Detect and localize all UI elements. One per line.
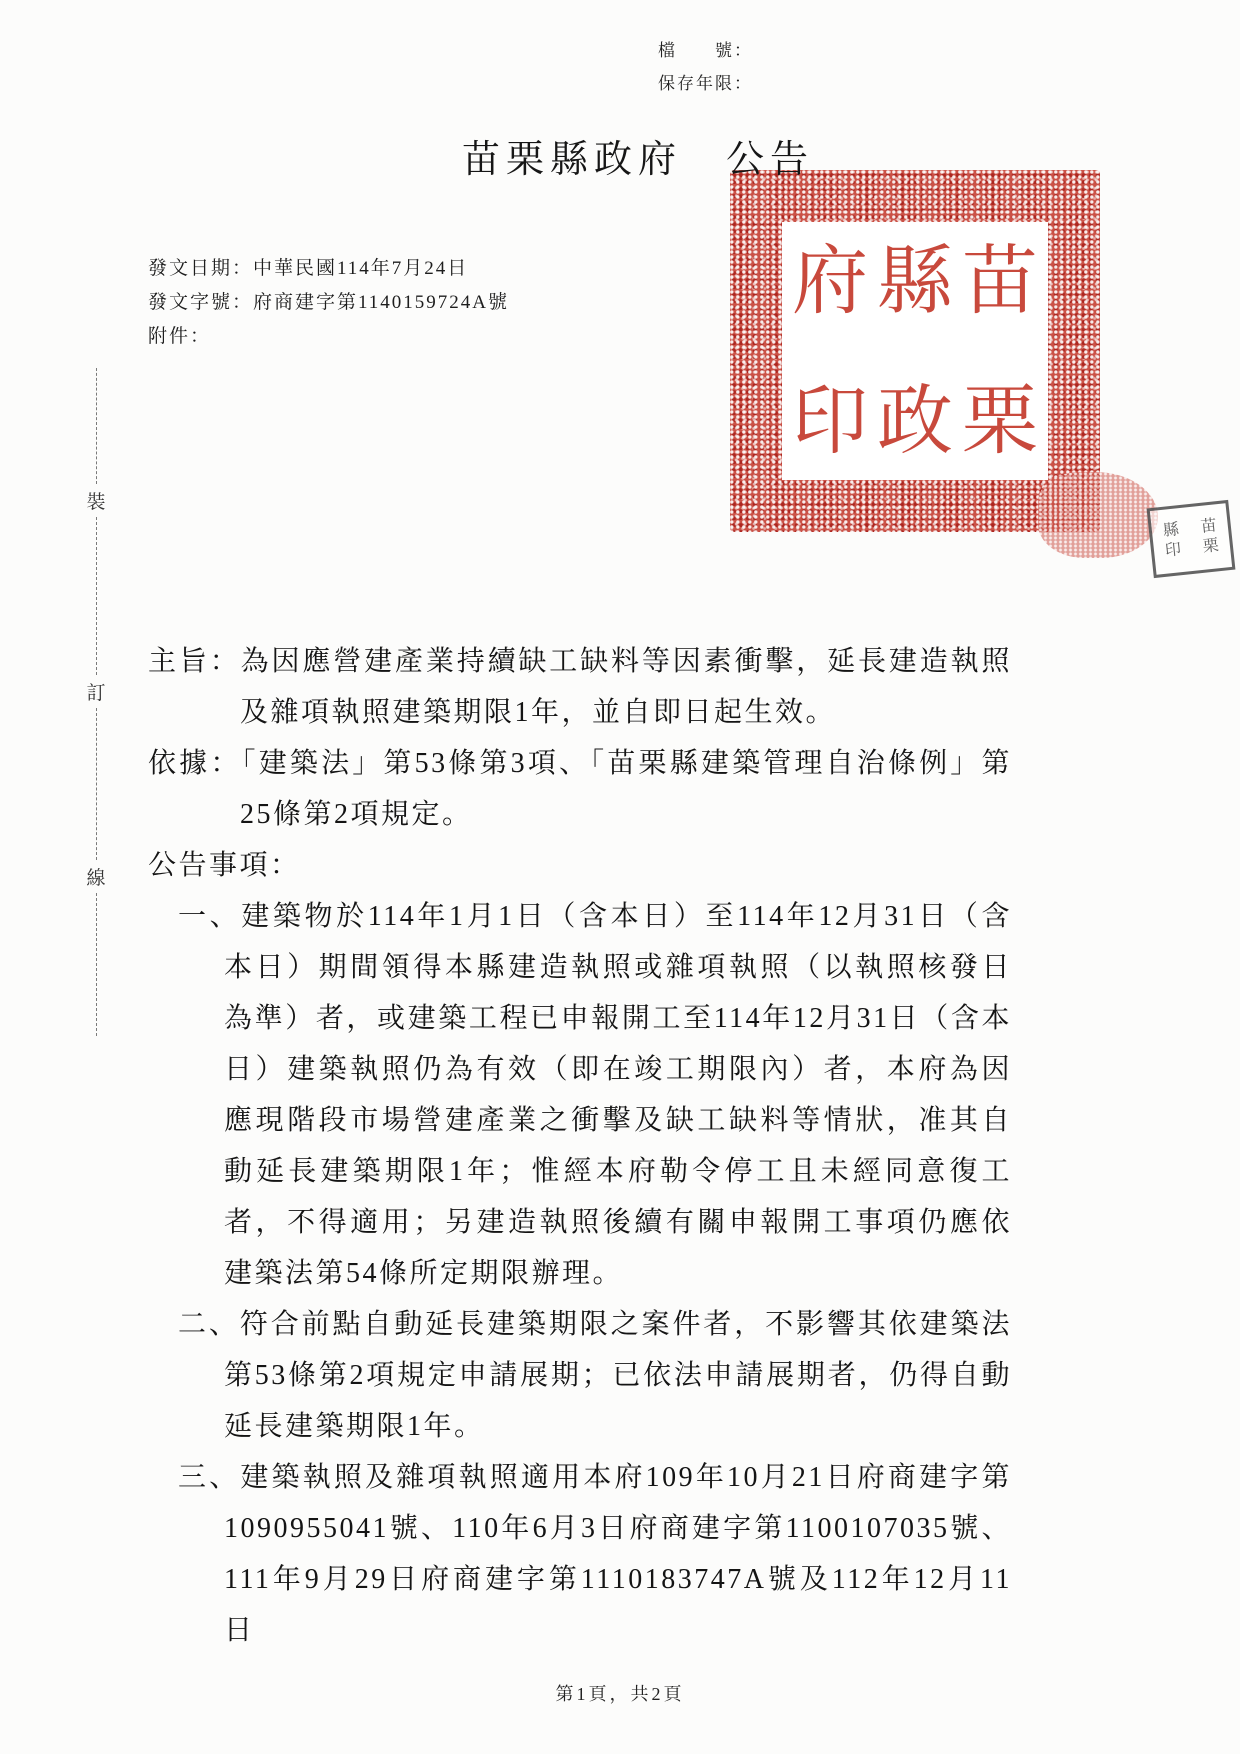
seal-char: 政 — [877, 368, 953, 474]
stamp-char: 縣 — [1162, 520, 1180, 542]
binding-mark-xian: 線 — [86, 860, 105, 893]
seal-column-left: 府 印 — [792, 228, 868, 474]
announcement-item-1: 一、建築物於114年1月1日（含本日）至114年12月31日（含本日）期間領得本… — [178, 891, 1012, 1299]
item-number: 一、 — [178, 901, 241, 932]
announcement-body: 主旨：為因應營建產業持續缺工缺料等因素衝擊，延長建造執照及雜項執照建築期限1年，… — [148, 636, 1012, 1656]
basis-text: 「建築法」第53條第3項、「苗栗縣建築管理自治條例」第25條第2項規定。 — [240, 748, 1012, 830]
small-verification-stamp: 苗 栗 縣 印 — [1147, 500, 1236, 578]
item-text: 建築執照及雜項執照適用本府109年10月21日府商建字第1090955041號、… — [224, 1462, 1012, 1646]
binding-line-segment — [96, 893, 97, 1036]
page-number-footer: 第1頁，共2頁 — [0, 1680, 1240, 1706]
stamp-column-right: 苗 栗 — [1200, 516, 1220, 557]
corner-labels: 檔 號： 保存年限： — [658, 34, 753, 100]
seal-char: 印 — [792, 368, 868, 474]
official-seal-face: 府 印 縣 政 苗 栗 — [782, 222, 1048, 480]
seal-char: 栗 — [962, 368, 1038, 474]
item-text: 符合前點自動延長建築期限之案件者，不影響其依建築法第53條第2項規定申請展期；已… — [224, 1309, 1012, 1442]
binding-mark-ding: 訂 — [86, 675, 105, 708]
item-text: 建築物於114年1月1日（含本日）至114年12月31日（含本日）期間領得本縣建… — [224, 901, 1012, 1289]
seal-column-right: 苗 栗 — [962, 228, 1038, 474]
stamp-char: 印 — [1164, 540, 1182, 562]
seal-char: 苗 — [962, 228, 1038, 334]
stamp-char: 栗 — [1202, 536, 1220, 558]
binding-mark-zhuang: 裝 — [86, 484, 105, 517]
issue-date: 發文日期：中華民國114年7月24日 — [148, 252, 509, 286]
basis-label: 依據： — [148, 748, 242, 779]
attachment-label: 附件： — [148, 320, 509, 354]
seal-char: 府 — [792, 228, 868, 334]
announcement-item-2: 二、符合前點自動延長建築期限之案件者，不影響其依建築法第53條第2項規定申請展期… — [178, 1299, 1012, 1452]
announcement-items: 一、建築物於114年1月1日（含本日）至114年12月31日（含本日）期間領得本… — [178, 891, 1012, 1656]
document-title: 苗栗縣政府 公告 — [462, 128, 814, 183]
subject-text: 為因應營建產業持續缺工缺料等因素衝擊，延長建造執照及雜項執照建築期限1年，並自即… — [240, 646, 1012, 728]
binding-margin-marks: 裝 訂 線 — [84, 368, 108, 1036]
subject-label: 主旨： — [148, 646, 241, 677]
item-number: 三、 — [178, 1462, 240, 1493]
subject-paragraph: 主旨：為因應營建產業持續缺工缺料等因素衝擊，延長建造執照及雜項執照建築期限1年，… — [148, 636, 1012, 738]
announcement-item-3: 三、建築執照及雜項執照適用本府109年10月21日府商建字第1090955041… — [178, 1452, 1012, 1656]
stamp-char: 苗 — [1200, 516, 1218, 538]
binding-line-segment — [96, 368, 97, 484]
announcement-page: 檔 號： 保存年限： 苗栗縣政府 公告 發文日期：中華民國114年7月24日 發… — [0, 0, 1240, 1754]
seal-char: 縣 — [877, 228, 953, 334]
items-heading: 公告事項： — [148, 840, 1012, 891]
file-number-label: 檔 號： — [658, 34, 753, 67]
binding-line-segment — [96, 708, 97, 860]
binding-line-segment — [96, 517, 97, 675]
seal-column-middle: 縣 政 — [877, 228, 953, 474]
official-seal: 府 印 縣 政 苗 栗 — [730, 170, 1100, 532]
document-number: 發文字號：府商建字第1140159724A號 — [148, 286, 509, 320]
document-meta: 發文日期：中華民國114年7月24日 發文字號：府商建字第1140159724A… — [148, 252, 509, 354]
retention-period-label: 保存年限： — [658, 67, 753, 100]
stamp-column-left: 縣 印 — [1162, 520, 1182, 561]
item-number: 二、 — [178, 1309, 240, 1340]
basis-paragraph: 依據：「建築法」第53條第3項、「苗栗縣建築管理自治條例」第25條第2項規定。 — [148, 738, 1012, 840]
